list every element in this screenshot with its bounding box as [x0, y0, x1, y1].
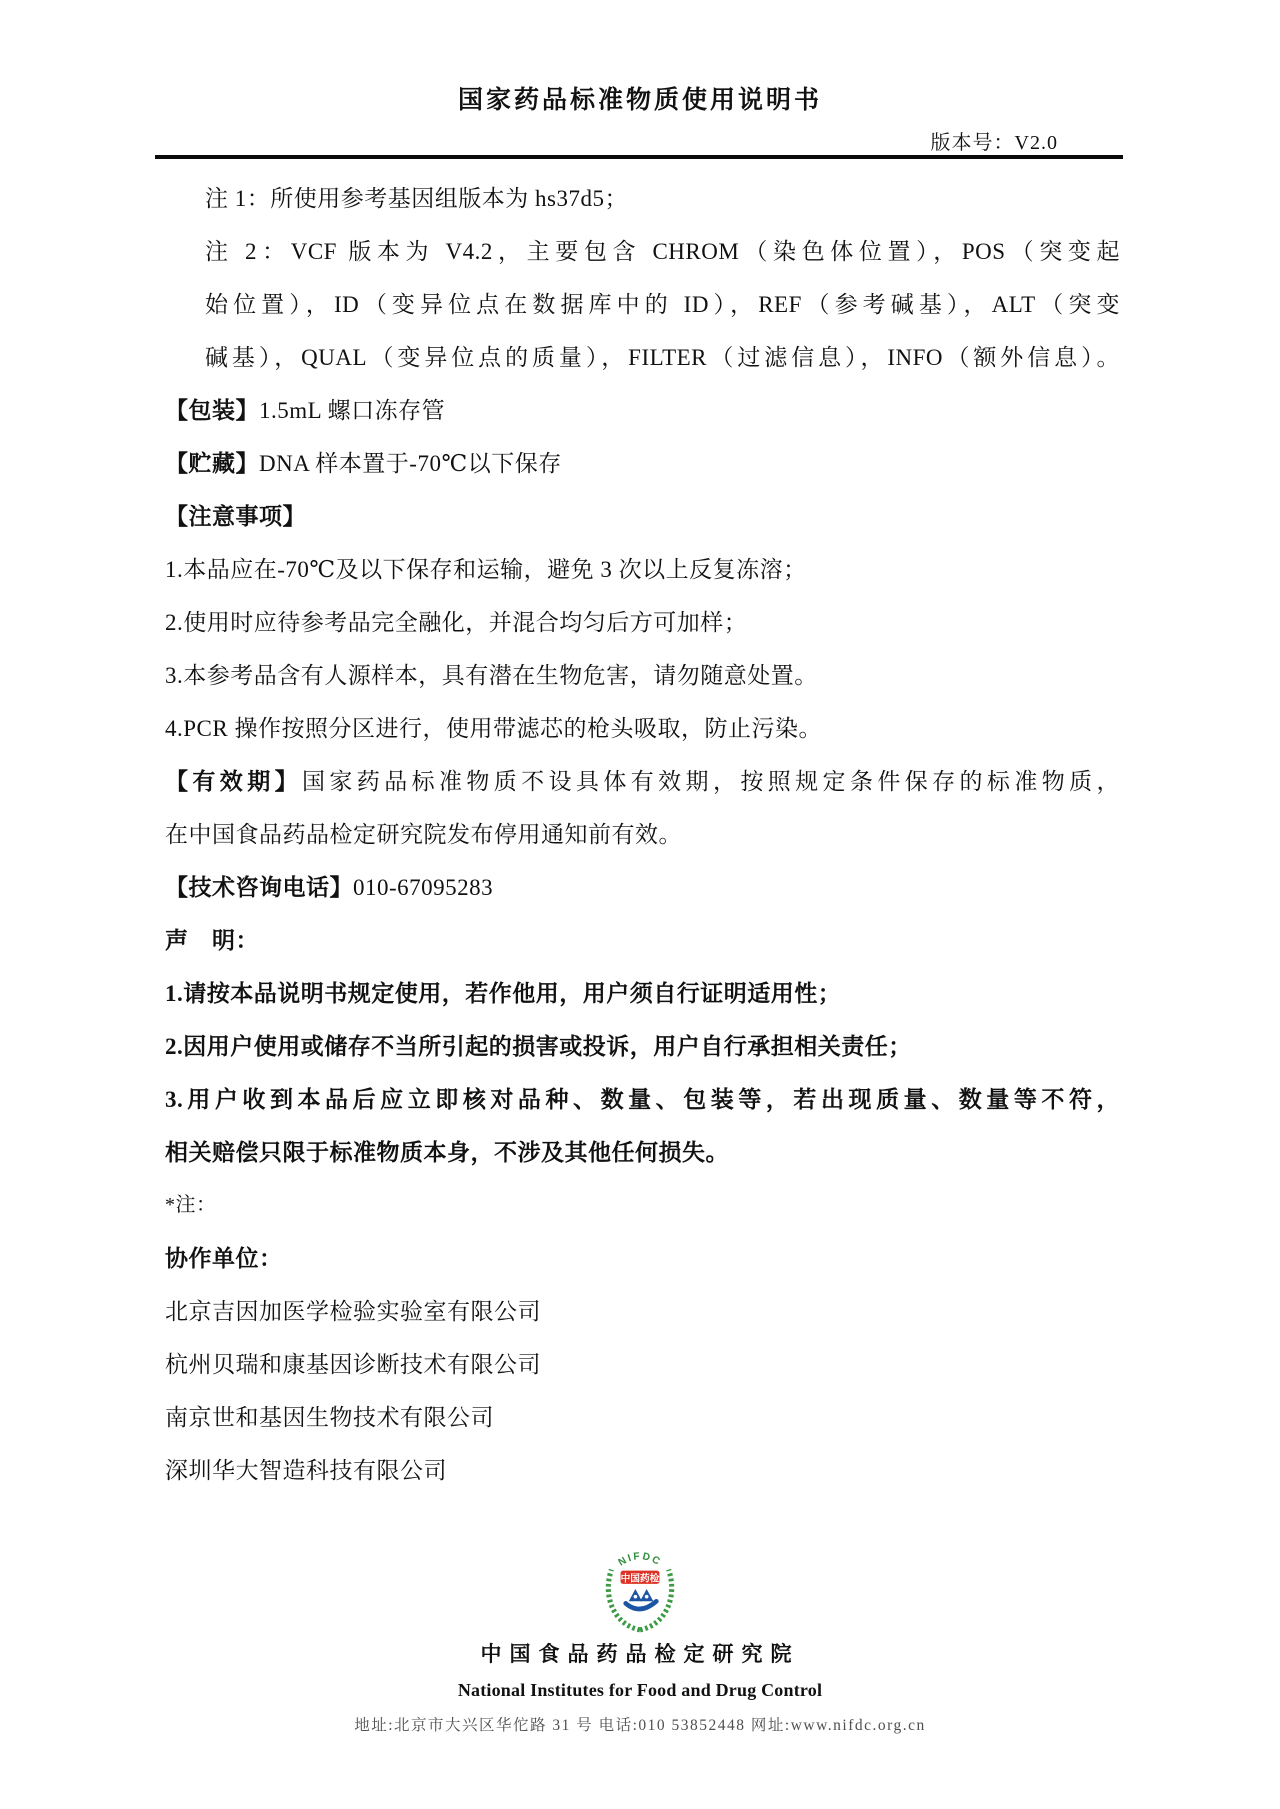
text-run: 北京吉因加医学检验实验室有限公司 — [165, 1299, 541, 1324]
bold-label: 声 明： — [165, 928, 259, 953]
text-run: 注 2：VCF 版本为 V4.2，主要包含 CHROM（染色体位置），POS（突… — [205, 239, 1120, 264]
paragraph-line: 北京吉因加医学检验实验室有限公司 — [165, 1285, 1120, 1338]
text-run: 南京世和基因生物技术有限公司 — [165, 1405, 494, 1430]
text-run: 在中国食品药品检定研究院发布停用通知前有效。 — [165, 822, 682, 847]
bold-label: 【注意事项】 — [165, 504, 306, 529]
footer: NIFDC 中国药检 中国食品药品检定研究院 National Institut… — [0, 1544, 1280, 1735]
emblem-swoosh — [626, 1601, 657, 1609]
paragraph-line: 【有效期】国家药品标准物质不设具体有效期，按照规定条件保存的标准物质， — [165, 755, 1120, 808]
text-run: 深圳华大智造科技有限公司 — [165, 1458, 447, 1483]
version-label: 版本号：V2.0 — [0, 126, 1058, 155]
text-run: *注： — [165, 1194, 217, 1216]
paragraph-line: 始位置），ID（变异位点在数据库中的 ID），REF（参考碱基），ALT（突变 — [165, 278, 1120, 331]
emblem-dot-left — [634, 1595, 638, 1599]
org-name-cn: 中国食品药品检定研究院 — [0, 1638, 1280, 1668]
paragraph-line: 协作单位： — [165, 1232, 1120, 1285]
paragraph-line: 注 1：所使用参考基因组版本为 hs37d5； — [165, 172, 1120, 225]
paragraph-line: 2.使用时应待参考品完全融化，并混合均匀后方可加样； — [165, 596, 1120, 649]
text-run: 杭州贝瑞和康基因诊断技术有限公司 — [165, 1352, 541, 1377]
header-divider — [155, 155, 1123, 159]
text-run: 4.PCR 操作按照分区进行，使用带滤芯的枪头吸取，防止污染。 — [165, 716, 822, 741]
paragraph-line: 深圳华大智造科技有限公司 — [165, 1444, 1120, 1497]
paragraph-line: 声 明： — [165, 914, 1120, 967]
bold-label: 【技术咨询电话】 — [165, 875, 353, 900]
paragraph-line: 2.因用户使用或储存不当所引起的损害或投诉，用户自行承担相关责任； — [165, 1020, 1120, 1073]
bold-label: 协作单位： — [165, 1246, 283, 1271]
paragraph-line: 在中国食品药品检定研究院发布停用通知前有效。 — [165, 808, 1120, 861]
bold-label: 1.请按本品说明书规定使用，若作他用，用户须自行证明适用性； — [165, 981, 841, 1006]
org-name-en: National Institutes for Food and Drug Co… — [0, 1680, 1280, 1701]
document-page: 国家药品标准物质使用说明书 版本号：V2.0 注 1：所使用参考基因组版本为 h… — [0, 0, 1280, 1809]
text-run: 国家药品标准物质不设具体有效期，按照规定条件保存的标准物质， — [302, 769, 1120, 794]
paragraph-line: 【贮藏】DNA 样本置于-70℃以下保存 — [165, 437, 1120, 490]
document-body: 注 1：所使用参考基因组版本为 hs37d5；注 2：VCF 版本为 V4.2，… — [165, 172, 1120, 1497]
bold-label: 3.用户收到本品后应立即核对品种、数量、包装等，若出现质量、数量等不符， — [165, 1087, 1120, 1112]
paragraph-line: 3.用户收到本品后应立即核对品种、数量、包装等，若出现质量、数量等不符， — [165, 1073, 1120, 1126]
logo-badge-text: 中国药检 — [621, 1571, 660, 1584]
page-title: 国家药品标准物质使用说明书 — [0, 80, 1280, 116]
bold-label: 【有效期】 — [165, 769, 302, 794]
bold-label: 相关赔偿只限于标准物质本身，不涉及其他任何损失。 — [165, 1140, 729, 1165]
nifdc-logo: NIFDC 中国药检 — [598, 1544, 682, 1634]
text-run: 010-67095283 — [353, 875, 493, 900]
text-run: 始位置），ID（变异位点在数据库中的 ID），REF（参考碱基），ALT（突变 — [205, 292, 1120, 317]
footer-address: 地址:北京市大兴区华佗路 31 号 电话:010 53852448 网址:www… — [0, 1713, 1280, 1735]
bold-label: 【包装】 — [165, 398, 259, 423]
paragraph-line: 【注意事项】 — [165, 490, 1120, 543]
paragraph-line: *注： — [165, 1179, 1120, 1232]
text-run: DNA 样本置于-70℃以下保存 — [259, 451, 562, 476]
text-run: 3.本参考品含有人源样本，具有潜在生物危害，请勿随意处置。 — [165, 663, 818, 688]
paragraph-line: 1.本品应在-70℃及以下保存和运输，避免 3 次以上反复冻溶； — [165, 543, 1120, 596]
text-run: 1.5mL 螺口冻存管 — [259, 398, 445, 423]
paragraph-line: 3.本参考品含有人源样本，具有潜在生物危害，请勿随意处置。 — [165, 649, 1120, 702]
text-run: 碱基），QUAL（变异位点的质量），FILTER（过滤信息），INFO（额外信息… — [205, 345, 1120, 370]
text-run: 1.本品应在-70℃及以下保存和运输，避免 3 次以上反复冻溶； — [165, 557, 807, 582]
paragraph-line: 南京世和基因生物技术有限公司 — [165, 1391, 1120, 1444]
text-run: 注 1：所使用参考基因组版本为 hs37d5； — [205, 186, 628, 211]
bold-label: 2.因用户使用或储存不当所引起的损害或投诉，用户自行承担相关责任； — [165, 1034, 912, 1059]
nifdc-logo-icon: NIFDC 中国药检 — [598, 1544, 682, 1634]
paragraph-line: 1.请按本品说明书规定使用，若作他用，用户须自行证明适用性； — [165, 967, 1120, 1020]
paragraph-line: 杭州贝瑞和康基因诊断技术有限公司 — [165, 1338, 1120, 1391]
paragraph-line: 相关赔偿只限于标准物质本身，不涉及其他任何损失。 — [165, 1126, 1120, 1179]
paragraph-line: 【技术咨询电话】010-67095283 — [165, 861, 1120, 914]
emblem-dot-right — [645, 1595, 649, 1599]
logo-arc-text: NIFDC — [617, 1551, 663, 1568]
paragraph-line: 4.PCR 操作按照分区进行，使用带滤芯的枪头吸取，防止污染。 — [165, 702, 1120, 755]
text-run: 2.使用时应待参考品完全融化，并混合均匀后方可加样； — [165, 610, 747, 635]
bold-label: 【贮藏】 — [165, 451, 259, 476]
paragraph-line: 注 2：VCF 版本为 V4.2，主要包含 CHROM（染色体位置），POS（突… — [165, 225, 1120, 278]
paragraph-line: 【包装】1.5mL 螺口冻存管 — [165, 384, 1120, 437]
paragraph-line: 碱基），QUAL（变异位点的质量），FILTER（过滤信息），INFO（额外信息… — [165, 331, 1120, 384]
